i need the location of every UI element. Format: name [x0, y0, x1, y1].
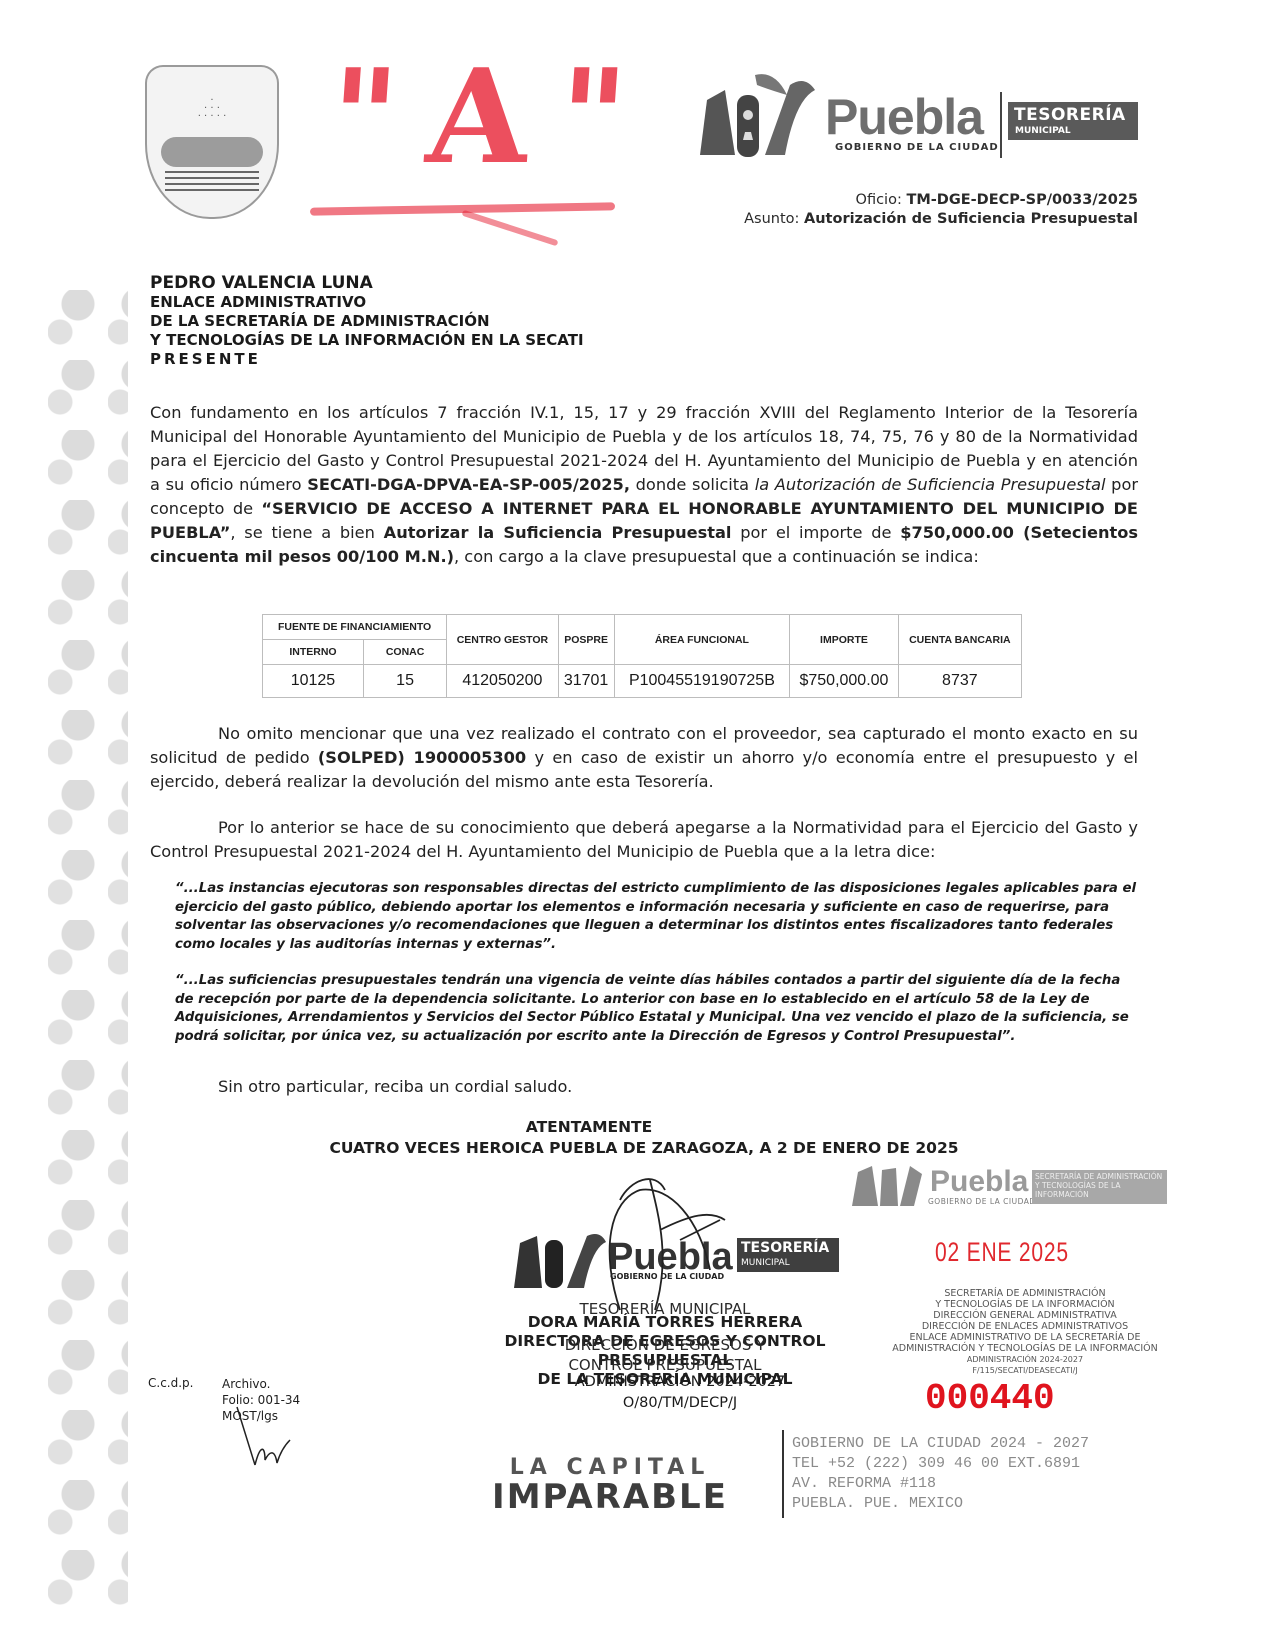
paragraph-authorization: Con fundamento en los artículos 7 fracci…	[150, 401, 1138, 569]
slogan-logo: LA CAPITAL IMPARABLE	[475, 1455, 745, 1514]
signer-name: DORA MARÍA TORRES HERRERA	[440, 1313, 890, 1332]
oficio-reference: Oficio: TM-DGE-DECP-SP/0033/2025	[856, 192, 1138, 208]
oficio-label: Oficio:	[856, 192, 902, 208]
header-fuente: FUENTE DE FINANCIAMIENTO	[263, 615, 447, 640]
quote-suficiencias: “...Las suficiencias presupuestales tend…	[175, 972, 1137, 1046]
cell-centro-gestor: 412050200	[447, 665, 558, 698]
receipt-stamp-subtitle: GOBIERNO DE LA CIUDAD	[928, 1197, 1036, 1206]
cell-conac: 15	[363, 665, 446, 698]
stamp-line: SECRETARÍA DE ADMINISTRACIÓN	[880, 1288, 1170, 1299]
cell-cuenta-bancaria: 8737	[898, 665, 1021, 698]
recipient-title-1: ENLACE ADMINISTRATIVO	[150, 293, 584, 312]
logo-subtitle: GOBIERNO DE LA CIUDAD	[835, 142, 999, 153]
puebla-logo-wordmark: Puebla	[825, 88, 983, 146]
decorative-side-pattern	[48, 290, 128, 1620]
handwritten-annotation: "A"	[325, 40, 662, 193]
asunto-value: Autorización de Suficiencia Presupuestal	[804, 211, 1138, 227]
place-date: CUATRO VECES HEROICA PUEBLA DE ZARAGOZA,…	[20, 1138, 1268, 1159]
footer-address: GOBIERNO DE LA CIUDAD 2024 - 2027 TEL +5…	[792, 1434, 1089, 1514]
stamp-overlay-text: DIRECCIÓN DE EGRESOS Y	[440, 1336, 890, 1354]
puebla-city-emblem-icon	[695, 70, 820, 160]
cell-importe: $750,000.00	[790, 665, 898, 698]
atentamente: ATENTAMENTE	[0, 1117, 1268, 1138]
receipt-stamp-text: SECRETARÍA DE ADMINISTRACIÓN Y TECNOLOGÍ…	[880, 1288, 1170, 1376]
text: la Autorización de Suficiencia Presupues…	[755, 475, 1106, 494]
recipient-greeting: PRESENTE	[150, 350, 584, 369]
recipient-name: PEDRO VALENCIA LUNA	[150, 274, 584, 293]
header-importe: IMPORTE	[790, 615, 898, 665]
text: , con cargo a la clave presupuestal que …	[454, 547, 979, 566]
receipt-stamp-wordmark: Puebla	[930, 1165, 1028, 1199]
recipient-block: PEDRO VALENCIA LUNA ENLACE ADMINISTRATIV…	[150, 274, 584, 369]
solped-number: (SOLPED) 1900005300	[318, 748, 526, 767]
receipt-stamp-emblem-icon	[850, 1162, 925, 1207]
paragraph-solped: No omito mencionar que una vez realizado…	[150, 722, 1138, 794]
atentamente-block: ATENTAMENTE CUATRO VECES HEROICA PUEBLA …	[0, 1117, 1268, 1159]
receipt-stamp-badge: SECRETARÍA DE ADMINISTRACIÓN Y TECNOLOGÍ…	[1032, 1170, 1167, 1204]
badge-title: TESORERÍA	[1014, 105, 1126, 125]
tesoreria-badge: TESORERÍA MUNICIPAL	[1008, 102, 1138, 140]
stamp-line: ADMINISTRACIÓN Y TECNOLOGÍAS DE LA INFOR…	[880, 1343, 1170, 1354]
logo-divider	[1000, 92, 1002, 158]
header-pospre: POSPRE	[558, 615, 614, 665]
text: donde solicita	[630, 475, 755, 494]
address-line: PUEBLA. PUE. MEXICO	[792, 1494, 1089, 1514]
archive-label: Archivo.	[222, 1376, 300, 1392]
handwritten-underline-stroke	[462, 210, 559, 247]
city-shield-logo: ·· · ·· · · · ·	[145, 65, 279, 219]
header-area-funcional: ÁREA FUNCIONAL	[614, 615, 790, 665]
slogan-line-2: IMPARABLE	[475, 1480, 745, 1514]
recipient-title-2: DE LA SECRETARÍA DE ADMINISTRACIÓN	[150, 312, 584, 331]
address-line: AV. REFORMA #118	[792, 1474, 1089, 1494]
cell-area-funcional: P10045519190725B	[614, 665, 790, 698]
header-interno: INTERNO	[263, 640, 364, 665]
cell-interno: 10125	[263, 665, 364, 698]
text: Autorizar la Suficiencia Presupuestal	[384, 523, 732, 542]
footer-divider	[782, 1430, 784, 1518]
stamp-overlay-block: DIRECCIÓN DE EGRESOS Y CONTROL PRESUPUES…	[440, 1336, 890, 1374]
text: por el importe de	[731, 523, 900, 542]
quote-instancias: “...Las instancias ejecutoras son respon…	[175, 880, 1137, 954]
stamp-line: ADMINISTRACIÓN 2024-2027	[880, 1354, 1170, 1365]
badge-subtitle: MUNICIPAL	[1015, 126, 1071, 136]
admin-stamp: ADMINISTRACIÓN 2024-2027 O/80/TM/DECP/J	[530, 1372, 830, 1414]
text: , se tiene a bien	[230, 523, 383, 542]
stamp-line: DIRECCIÓN DE ENLACES ADMINISTRATIVOS	[880, 1321, 1170, 1332]
handwritten-signature	[560, 1160, 780, 1320]
receipt-date-stamp: 02 ENE 2025	[935, 1237, 1069, 1268]
table-row: 10125 15 412050200 31701 P10045519190725…	[263, 665, 1022, 698]
header-conac: CONAC	[363, 640, 446, 665]
admin-period: ADMINISTRACIÓN 2024-2027	[530, 1372, 830, 1393]
header-cuenta-bancaria: CUENTA BANCARIA	[898, 615, 1021, 665]
oficio-number: TM-DGE-DECP-SP/0033/2025	[906, 192, 1138, 208]
admin-code: O/80/TM/DECP/J	[530, 1393, 830, 1414]
recipient-title-3: Y TECNOLOGÍAS DE LA INFORMACIÓN EN LA SE…	[150, 331, 584, 350]
folio-number-stamp: 000440	[925, 1378, 1055, 1419]
address-line: GOBIERNO DE LA CIUDAD 2024 - 2027	[792, 1434, 1089, 1454]
closing-line: Sin otro particular, reciba un cordial s…	[218, 1075, 1206, 1099]
header-centro-gestor: CENTRO GESTOR	[447, 615, 558, 665]
stamp-line: ENLACE ADMINISTRATIVO DE LA SECRETARÍA D…	[880, 1332, 1170, 1343]
paragraph-normatividad: Por lo anterior se hace de su conocimien…	[150, 816, 1138, 864]
asunto-label: Asunto:	[744, 211, 799, 227]
stamp-line: DIRECCIÓN GENERAL ADMINISTRATIVA	[880, 1310, 1170, 1321]
stamp-line: Y TECNOLOGÍAS DE LA INFORMACIÓN	[880, 1299, 1170, 1310]
asunto-reference: Asunto: Autorización de Suficiencia Pres…	[744, 211, 1138, 227]
budget-key-table: FUENTE DE FINANCIAMIENTO CENTRO GESTOR P…	[262, 614, 1022, 698]
cell-pospre: 31701	[558, 665, 614, 698]
handwritten-initials	[235, 1405, 295, 1475]
request-oficio-number: SECATI-DGA-DPVA-EA-SP-005/2025,	[307, 475, 630, 494]
stamp-line: F/115/SECATI/DEASECATI/J	[880, 1365, 1170, 1376]
ccdp-label: C.c.d.p.	[148, 1376, 193, 1390]
address-phone: TEL +52 (222) 309 46 00 EXT.6891	[792, 1454, 1089, 1474]
